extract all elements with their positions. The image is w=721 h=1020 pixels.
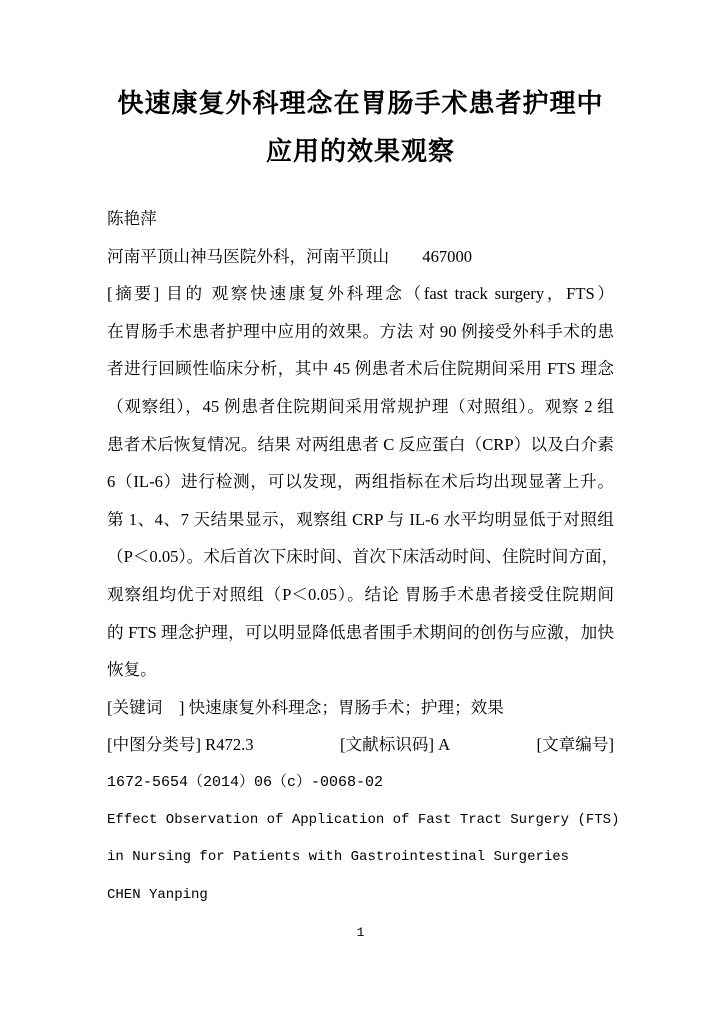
paper-title: 快速康复外科理念在胃肠手术患者护理中 应用的效果观察 (107, 80, 614, 176)
classification-row: [中图分类号] R472.3 [文献标识码] A [文章编号] (107, 726, 614, 764)
abstract-line: （观察组），45 例患者住院期间采用常规护理（对照组）。观察 2 组 (107, 388, 614, 426)
author-name: 陈艳萍 (107, 200, 614, 238)
document-page: 快速康复外科理念在胃肠手术患者护理中 应用的效果观察 陈艳萍 河南平顶山神马医院… (0, 0, 721, 1020)
paper-title-line-1: 快速康复外科理念在胃肠手术患者护理中 (107, 80, 614, 128)
abstract-line: （P＜0.05）。术后首次下床时间、首次下床活动时间、住院时间方面， (107, 538, 614, 576)
abstract-line: 的 FTS 理念护理，可以明显降低患者围手术期间的创伤与应激，加快 (107, 614, 614, 652)
keywords-line: [关键词 ] 快速康复外科理念；胃肠手术；护理；效果 (107, 689, 614, 727)
author-affiliation: 河南平顶山神马医院外科，河南平顶山 467000 (107, 238, 614, 276)
document-content: 快速康复外科理念在胃肠手术患者护理中 应用的效果观察 陈艳萍 河南平顶山神马医院… (107, 0, 614, 914)
article-number-label: [文章编号] (537, 726, 614, 764)
abstract-line: 恢复。 (107, 651, 614, 689)
abstract-line: 在胃肠手术患者护理中应用的效果。方法 对 90 例接受外科手术的患 (107, 313, 614, 351)
abstract-line: 患者术后恢复情况。结果 对两组患者 C 反应蛋白（CRP）以及白介素 (107, 426, 614, 464)
paper-body: 陈艳萍 河南平顶山神马医院外科，河南平顶山 467000 [摘要] 目的 观察快… (107, 200, 614, 914)
abstract-line: 观察组均优于对照组（P＜0.05）。结论 胃肠手术患者接受住院期间 (107, 576, 614, 614)
english-author: CHEN Yanping (107, 877, 614, 915)
abstract-line: [摘要] 目的 观察快速康复外科理念（fast track surgery，FT… (107, 275, 614, 313)
page-number: 1 (0, 925, 721, 941)
paper-title-line-2: 应用的效果观察 (107, 128, 614, 176)
clc-number: [中图分类号] R472.3 (107, 726, 254, 764)
article-number-value: 1672-5654（2014）06（c）-0068-02 (107, 764, 614, 802)
abstract-line: 第 1、4、7 天结果显示，观察组 CRP 与 IL-6 水平均明显低于对照组 (107, 501, 614, 539)
abstract-line: 者进行回顾性临床分析，其中 45 例患者术后住院期间采用 FTS 理念 (107, 350, 614, 388)
document-code: [文献标识码] A (340, 726, 450, 764)
english-title-line-1: Effect Observation of Application of Fas… (107, 802, 614, 840)
abstract-line: 6（IL-6）进行检测，可以发现，两组指标在术后均出现显著上升。 (107, 463, 614, 501)
english-title-line-2: in Nursing for Patients with Gastrointes… (107, 839, 614, 877)
